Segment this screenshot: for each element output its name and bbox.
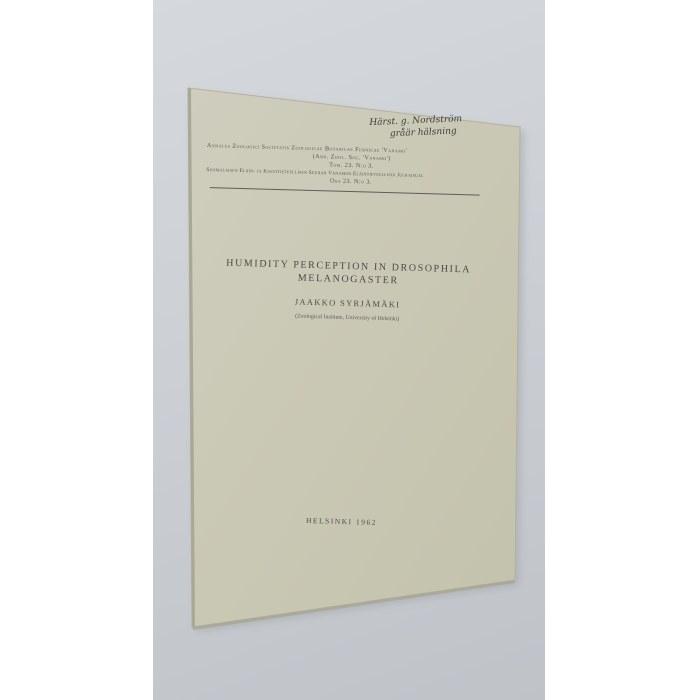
- cover-text: Härst. g. Nordström gråär hälsning Annal…: [195, 108, 494, 576]
- author-affiliation: (Zoological Institute, University of Hel…: [202, 311, 492, 325]
- series-header: Annales Zoologici Societatis Zoologicae …: [206, 142, 497, 196]
- pamphlet-page: Härst. g. Nordström gråär hälsning Annal…: [0, 0, 700, 700]
- imprint: HELSINKI 1962: [196, 513, 486, 530]
- author-name: JAAKKO SYRJÄMÄKI: [203, 294, 493, 312]
- handwritten-inscription: Härst. g. Nordström gråär hälsning: [369, 112, 500, 141]
- document-title: HUMIDITY PERCEPTION IN DROSOPHILA MELANO…: [203, 256, 494, 290]
